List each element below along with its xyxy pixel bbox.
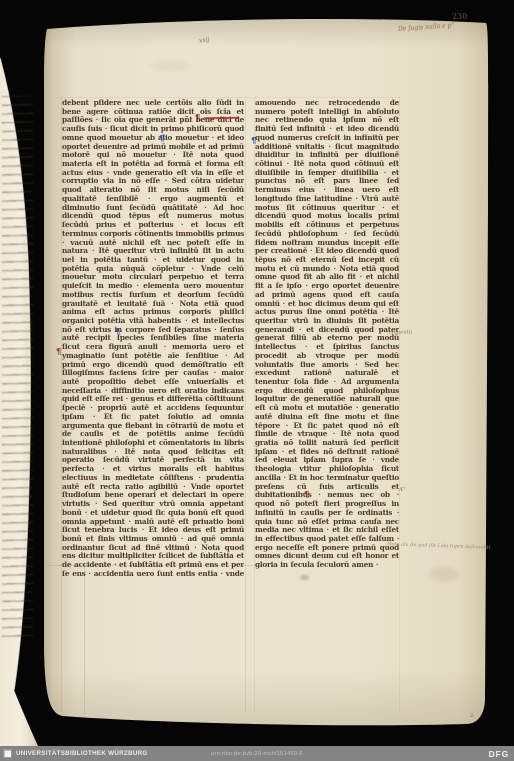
facing-page-text-edge — [2, 96, 33, 641]
ruling-line — [84, 562, 85, 714]
folio-number: 230 — [452, 12, 468, 22]
text-column-left: debent pſidere nec uele certõis alio ſūd… — [62, 99, 244, 578]
quire-mark: xxij — [199, 36, 210, 44]
paraph-mark: ¶ — [251, 137, 256, 145]
paraph-mark: ¶ — [115, 328, 120, 336]
library-name: UNIVERSITÄTSBIBLIOTHEK WÜRZBURG — [16, 750, 148, 757]
paraph-mark: ¶ — [304, 491, 309, 499]
text-column-right: amouendo nec retrocedendo de numero pote… — [255, 99, 399, 570]
parchment-stain — [150, 60, 190, 72]
paraph-mark: ¶ — [195, 114, 200, 122]
ink-smudge — [300, 575, 309, 580]
ruling-line — [399, 96, 400, 712]
margin-note: cõmentū — [389, 330, 412, 337]
paraph-mark: ¶ — [159, 135, 164, 143]
urn-identifier: urn:nbn:de:bvb:20-mchf151459-6 — [211, 751, 303, 757]
ruling-line — [245, 96, 246, 712]
parchment-stain — [430, 567, 458, 582]
margin-note: A° — [399, 487, 406, 493]
library-logo-icon — [3, 749, 12, 758]
dfg-logo: DFG — [489, 749, 509, 759]
ruling-line — [55, 97, 400, 98]
paraph-mark: ¶ — [56, 348, 61, 356]
digitized-manuscript-viewer: debent pſidere nec uele certõis alio ſūd… — [0, 0, 514, 761]
footer-bar: UNIVERSITÄTSBIBLIOTHEK WÜRZBURG urn:nbn:… — [0, 746, 514, 761]
corner-signature: 2 — [470, 713, 473, 719]
